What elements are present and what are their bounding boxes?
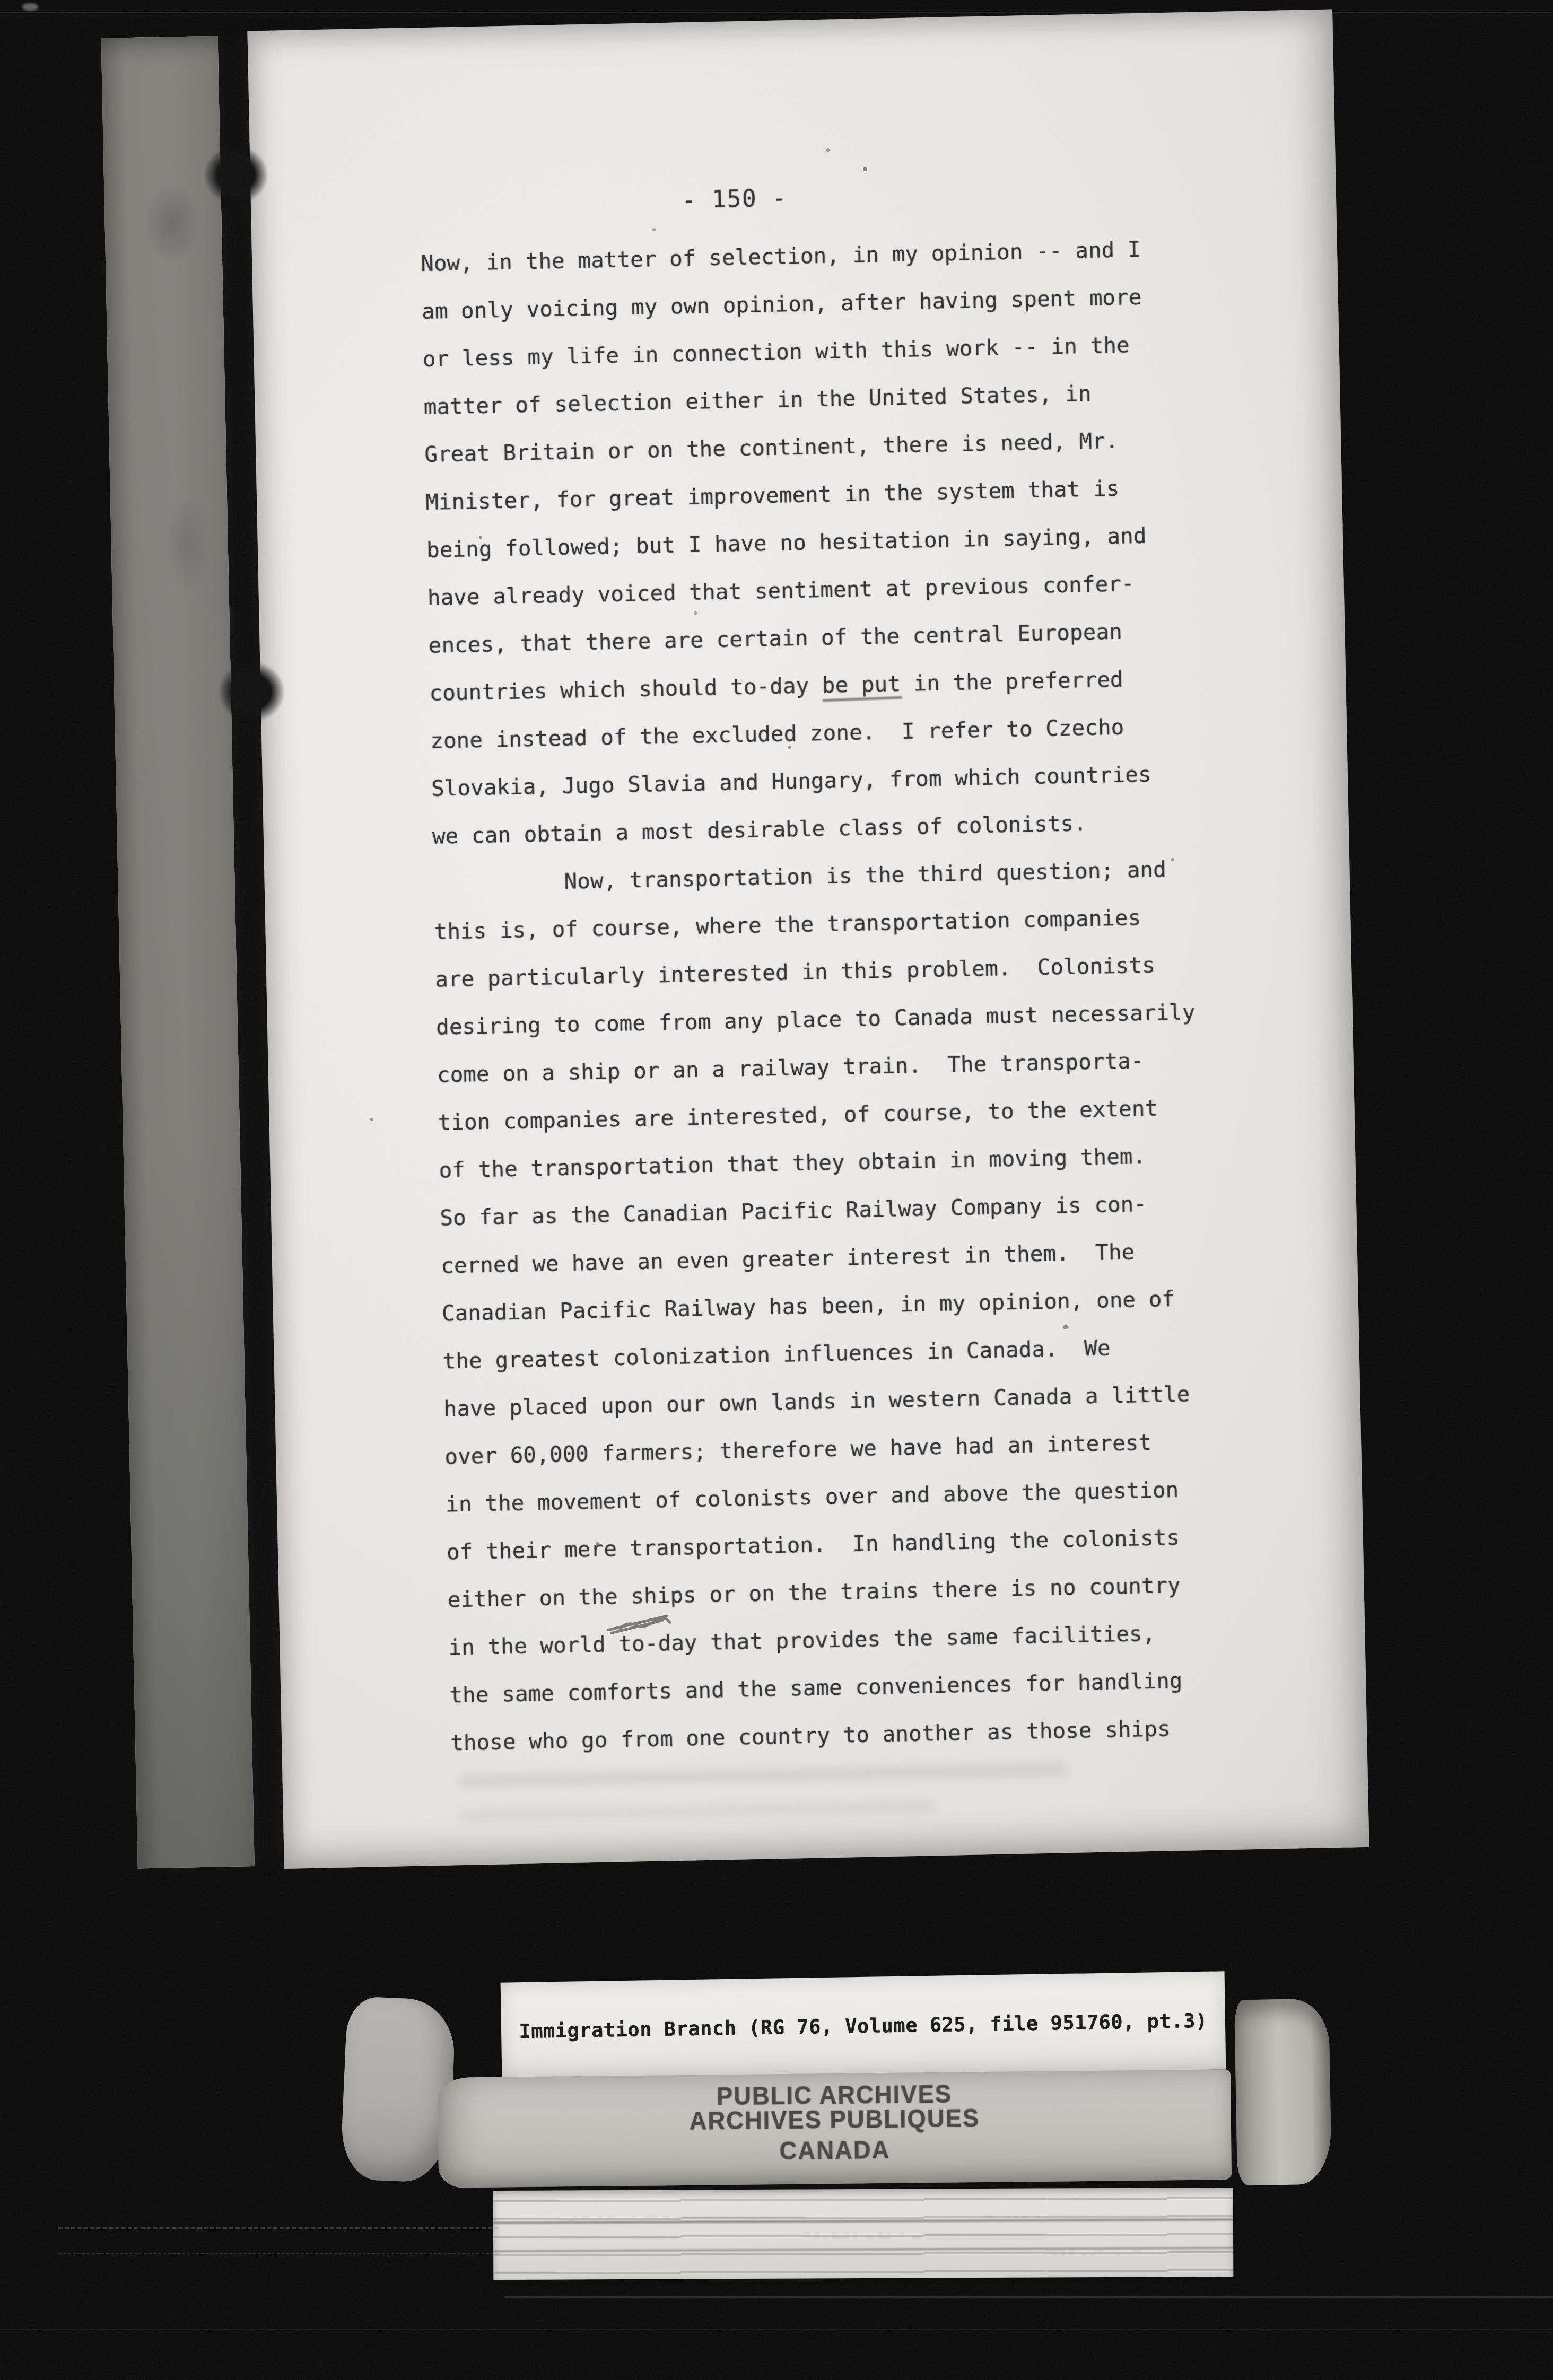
ghost-text-smudge xyxy=(458,1799,936,1822)
archives-stamp: PUBLIC ARCHIVES ARCHIVES PUBLIQUES CANAD… xyxy=(465,2070,1203,2167)
scratch-line xyxy=(493,2247,1233,2252)
scratch-line xyxy=(58,2253,499,2254)
archival-label-text: Immigration Branch (RG 76, Volume 625, f… xyxy=(519,2009,1208,2043)
scratch-line xyxy=(504,2296,1553,2298)
film-dust-highlight xyxy=(22,3,38,11)
scratch-line xyxy=(58,2227,499,2229)
archival-label-strip: Immigration Branch (RG 76, Volume 625, f… xyxy=(501,1971,1226,2080)
streaked-film-band xyxy=(493,2187,1234,2280)
torn-paper-fragment-right xyxy=(1234,1998,1332,2185)
ghost-text-smudge xyxy=(457,1762,1067,1788)
scratch-line xyxy=(493,2218,1233,2224)
dust-specks xyxy=(0,0,1,1)
typewritten-text: Now, in the matter of selection, in my o… xyxy=(420,224,1210,1766)
pen-squiggle-mark xyxy=(604,1604,700,1638)
archives-stamp-band: PUBLIC ARCHIVES ARCHIVES PUBLIQUES CANAD… xyxy=(438,2069,1232,2188)
stamp-line-canada: CANADA xyxy=(466,2134,1204,2167)
film-frame: - 150 - Now, in the matter of selection,… xyxy=(101,4,1395,1879)
document-page: - 150 - Now, in the matter of selection,… xyxy=(247,10,1369,1869)
smudge-mark xyxy=(153,475,224,615)
page-number: - 150 - xyxy=(607,183,862,215)
microfilm-scan-root: - 150 - Now, in the matter of selection,… xyxy=(0,0,1553,2380)
smudge-mark xyxy=(132,164,213,283)
scratch-line xyxy=(0,2329,1553,2330)
paper-edge-strip xyxy=(101,36,255,1869)
